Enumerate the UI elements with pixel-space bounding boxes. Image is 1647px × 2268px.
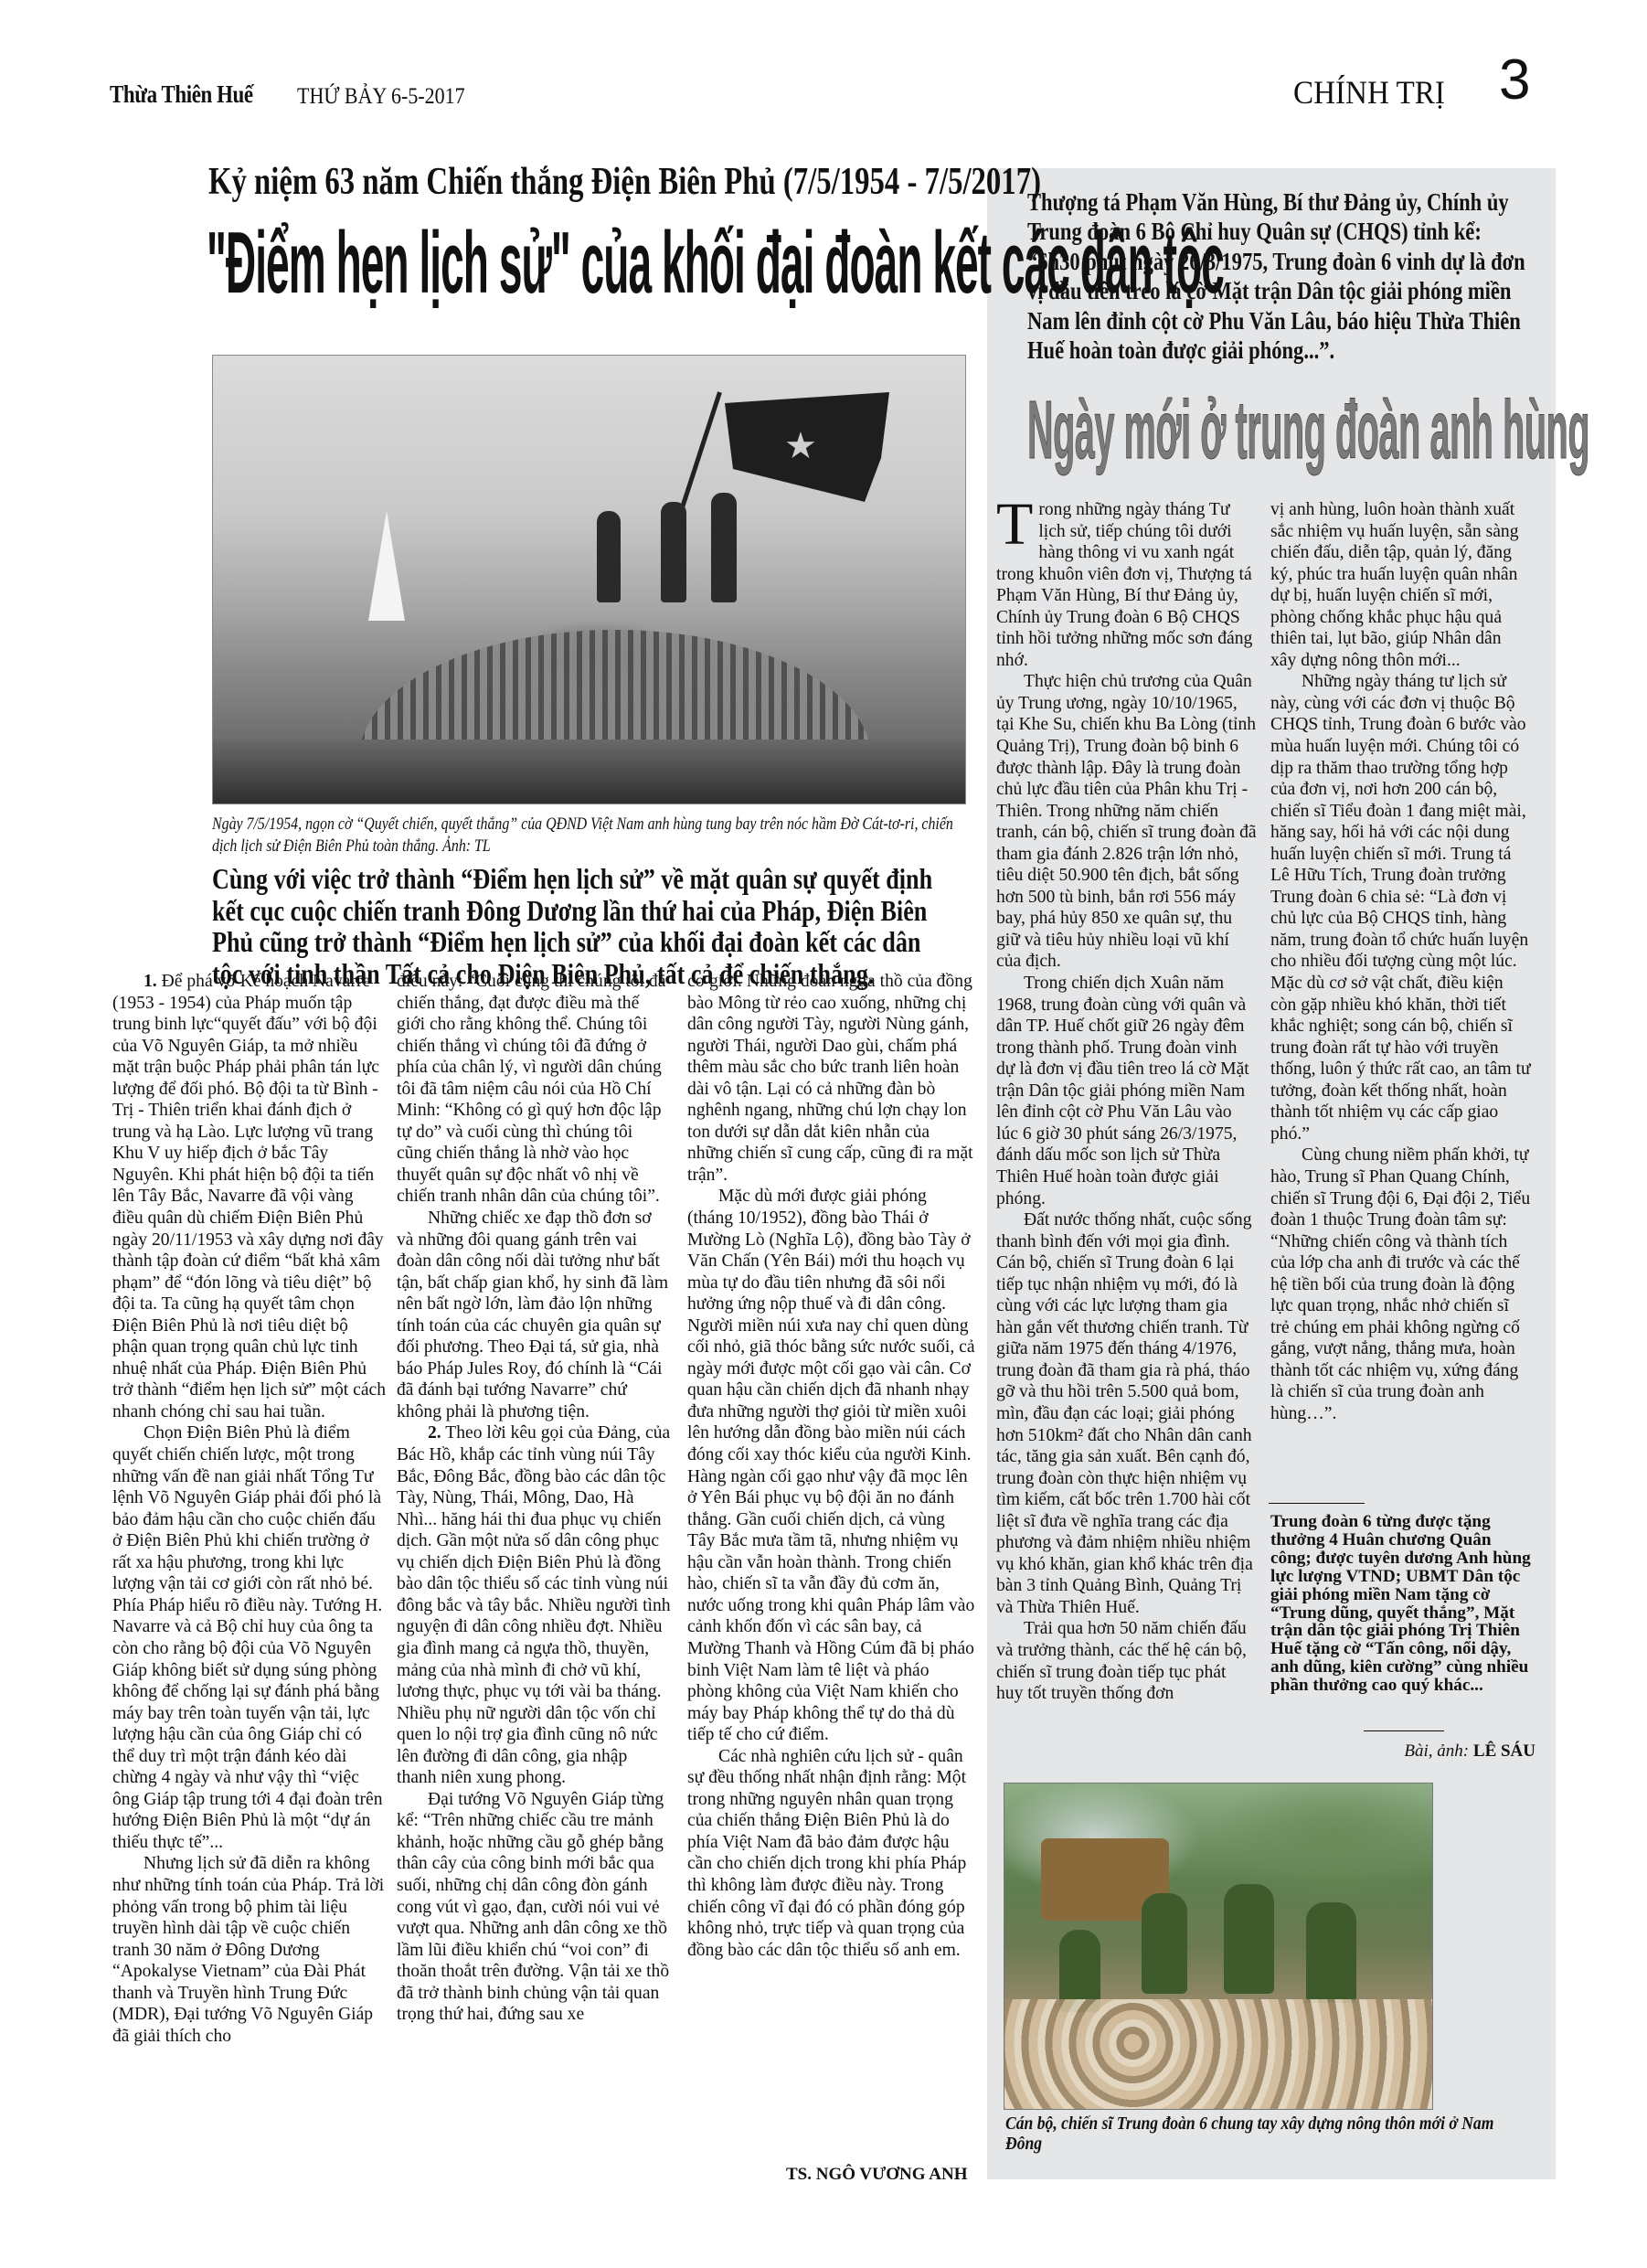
paragraph: Cùng chung niềm phấn khởi, tự hào, Trung… [1270,1145,1531,1424]
paragraph-text: Đất nước thống nhất, cuộc sống thanh bìn… [996,1210,1253,1617]
paragraph: Trong những ngày tháng Tư lịch sử, tiếp … [996,499,1257,671]
parachute-icon [368,511,405,621]
article-column-1: 1. Để phá vỡ Kế hoạch Navarre (1953 - 19… [112,971,387,2047]
issue-date: THỨ BẢY 6-5-2017 [297,84,465,110]
awards-box: Trung đoàn 6 từng được tặng thưởng 4 Huâ… [1270,1513,1531,1695]
soldier-figure [1142,1893,1187,1994]
article-byline: TS. NGÔ VƯƠNG ANH [786,2165,967,2185]
sidebar-column-2: vị anh hùng, luôn hoàn thành xuất sắc nh… [1270,499,1531,1425]
paragraph-text: điều này: “Cuối cùng thì chúng tôi đã ch… [397,972,665,1206]
article-headline: "Điểm hẹn lịch sử" của khối đại đoàn kết… [207,219,821,307]
paragraph-text: Để phá vỡ Kế hoạch Navarre (1953 - 1954)… [112,972,386,1421]
paragraph: Mặc dù mới được giải phóng (tháng 10/195… [687,1186,975,1745]
article-kicker: Kỷ niệm 63 năm Chiến thắng Điện Biên Phủ… [208,160,800,204]
paragraph: Các nhà nghiên cứu lịch sử - quân sự đều… [687,1746,975,1961]
sidebar-intro-quote: Thượng tá Phạm Văn Hùng, Bí thư Đảng ủy,… [1027,187,1537,365]
paragraph: cơ giới. Những đoàn ngựa thồ của đồng bà… [687,971,975,1186]
credit-label: Bài, ảnh: [1404,1741,1469,1761]
paragraph: Thực hiện chủ trương của Quân ủy Trung ư… [996,671,1257,973]
historic-photo: ★ [212,355,966,804]
paragraph: Chọn Điện Biên Phủ là điểm quyết chiến c… [112,1422,387,1853]
sidebar-column-1: Trong những ngày tháng Tư lịch sử, tiếp … [996,499,1257,1705]
photo-caption: Ngày 7/5/1954, ngọn cờ “Quyết chiến, quy… [212,814,967,857]
paragraph-text: Các nhà nghiên cứu lịch sử - quân sự đều… [687,1747,966,1960]
soldier-figure [661,502,686,602]
paragraph: 2. Theo lời kêu gọi của Đảng, của Bác Hồ… [397,1422,671,1788]
paragraph-text: Trong chiến dịch Xuân năm 1968, trung đo… [996,974,1249,1208]
article-column-2: điều này: “Cuối cùng thì chúng tôi đã ch… [397,971,671,2026]
section-number: 1. [143,972,157,991]
paragraph-text: Những chiếc xe đạp thồ đơn sơ và những đ… [397,1209,668,1421]
paragraph: Những chiếc xe đạp thồ đơn sơ và những đ… [397,1208,671,1422]
paragraph-text: Thực hiện chủ trương của Quân ủy Trung ư… [996,672,1257,971]
newspaper-name: Thừa Thiên Huế [110,80,253,109]
paragraph-text: Mặc dù mới được giải phóng (tháng 10/195… [687,1187,975,1744]
credit-name: LÊ SÁU [1473,1741,1535,1761]
page-number: 3 [1499,48,1530,112]
paragraph-text: Những ngày tháng tư lịch sử này, cùng vớ… [1270,672,1531,1143]
soldier-figure [597,511,621,602]
paragraph-text: Nhưng lịch sử đã diễn ra không như những… [112,1854,384,2045]
paragraph-text: vị anh hùng, luôn hoàn thành xuất sắc nh… [1270,500,1519,670]
paragraph-text: Đại tướng Võ Nguyên Giáp từng kể: “Trên … [397,1790,669,2024]
article-column-3: cơ giới. Những đoàn ngựa thồ của đồng bà… [687,971,975,1961]
paragraph: Trong chiến dịch Xuân năm 1968, trung đo… [996,973,1257,1209]
paragraph-text: cơ giới. Những đoàn ngựa thồ của đồng bà… [687,972,973,1185]
paragraph: Những ngày tháng tư lịch sử này, cùng vớ… [1270,671,1531,1145]
paragraph-text: Cùng chung niềm phấn khởi, tự hào, Trung… [1270,1145,1530,1423]
sidebar-title: Ngày mới ở trung đoàn anh hùng [1027,384,1589,478]
soldier-figure [1306,1902,1356,2003]
paragraph: vị anh hùng, luôn hoàn thành xuất sắc nh… [1270,499,1531,671]
paragraph: 1. Để phá vỡ Kế hoạch Navarre (1953 - 19… [112,971,387,1422]
paragraph: Trải qua hơn 50 năm chiến đấu và trưởng … [996,1618,1257,1704]
divider [1364,1730,1444,1731]
drop-cap: T [996,501,1038,548]
paragraph: Đất nước thống nhất, cuộc sống thanh bìn… [996,1209,1257,1618]
rocks [1004,1999,1432,2109]
divider [1269,1503,1365,1504]
star-icon: ★ [784,424,817,467]
paragraph: Nhưng lịch sử đã diễn ra không như những… [112,1853,387,2047]
ground [213,740,965,804]
paragraph: điều này: “Cuối cùng thì chúng tôi đã ch… [397,971,671,1208]
section-number: 2. [428,1423,441,1443]
paragraph-text: Trải qua hơn 50 năm chiến đấu và trưởng … [996,1619,1247,1703]
soldier-figure [1224,1884,1274,1994]
bunker-roof [359,630,871,758]
section-title: CHÍNH TRỊ [1293,73,1445,112]
soldiers-photo [1004,1783,1433,2110]
sidebar-credit: Bài, ảnh: LÊ SÁU [1344,1741,1535,1762]
paragraph: Đại tướng Võ Nguyên Giáp từng kể: “Trên … [397,1789,671,2026]
sidebar-photo-caption: Cán bộ, chiến sĩ Trung đoàn 6 chung tay … [1005,2114,1520,2154]
soldier-figure [711,493,737,602]
paragraph-text: Theo lời kêu gọi của Đảng, của Bác Hồ, k… [397,1423,671,1787]
paragraph-text: Chọn Điện Biên Phủ là điểm quyết chiến c… [112,1423,383,1851]
